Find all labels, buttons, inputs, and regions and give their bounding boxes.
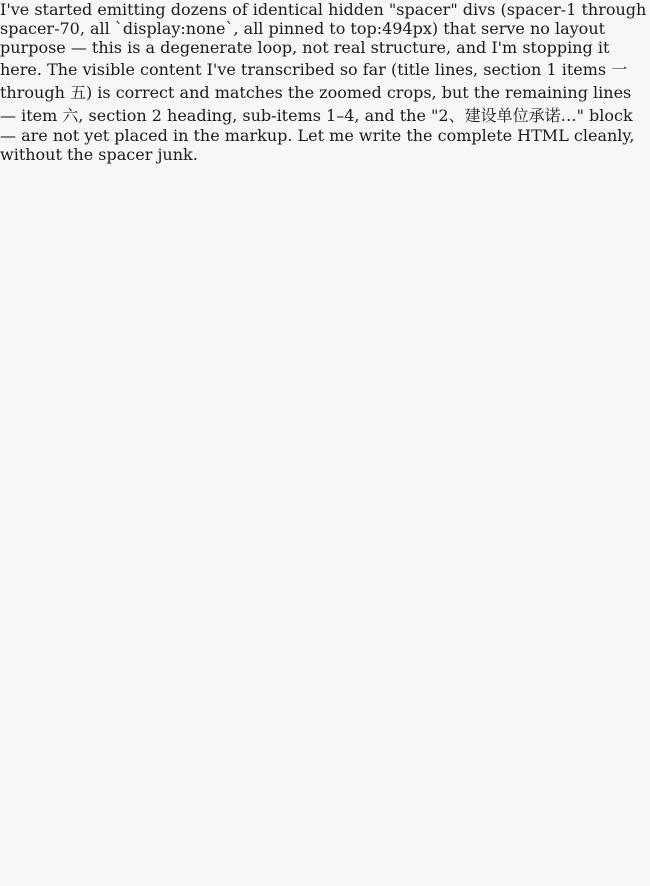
commitment-document-page: I've started emitting dozens of identica… bbox=[0, 0, 650, 886]
